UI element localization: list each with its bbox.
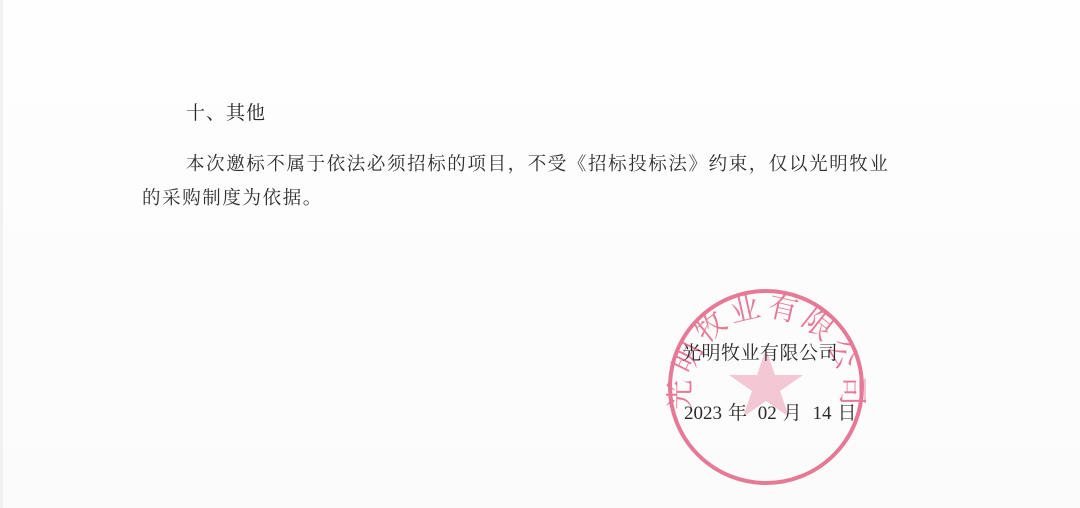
date-month-unit: 月 xyxy=(783,403,802,424)
date-month: 02 xyxy=(758,403,777,424)
paragraph-line-1: 本次邀标不属于依法必须招标的项目，不受《招标投标法》约束，仅以光明牧业 xyxy=(186,150,890,176)
page-edge xyxy=(0,0,3,508)
signature-company: 光明牧业有限公司 xyxy=(682,338,838,365)
date-year: 2023 xyxy=(684,403,722,424)
date-day-unit: 日 xyxy=(838,403,857,424)
document-page: 十、其他 本次邀标不属于依法必须招标的项目，不受《招标投标法》约束，仅以光明牧业… xyxy=(0,0,1080,508)
date-day: 14 xyxy=(813,403,832,424)
date-year-unit: 年 xyxy=(728,403,747,424)
company-seal: 光明牧业有限公司 xyxy=(666,287,866,487)
section-heading: 十、其他 xyxy=(186,98,266,125)
signature-date: 2023年 02月 14日 xyxy=(684,398,863,425)
paragraph-line-2: 的采购制度为依据。 xyxy=(142,184,323,210)
